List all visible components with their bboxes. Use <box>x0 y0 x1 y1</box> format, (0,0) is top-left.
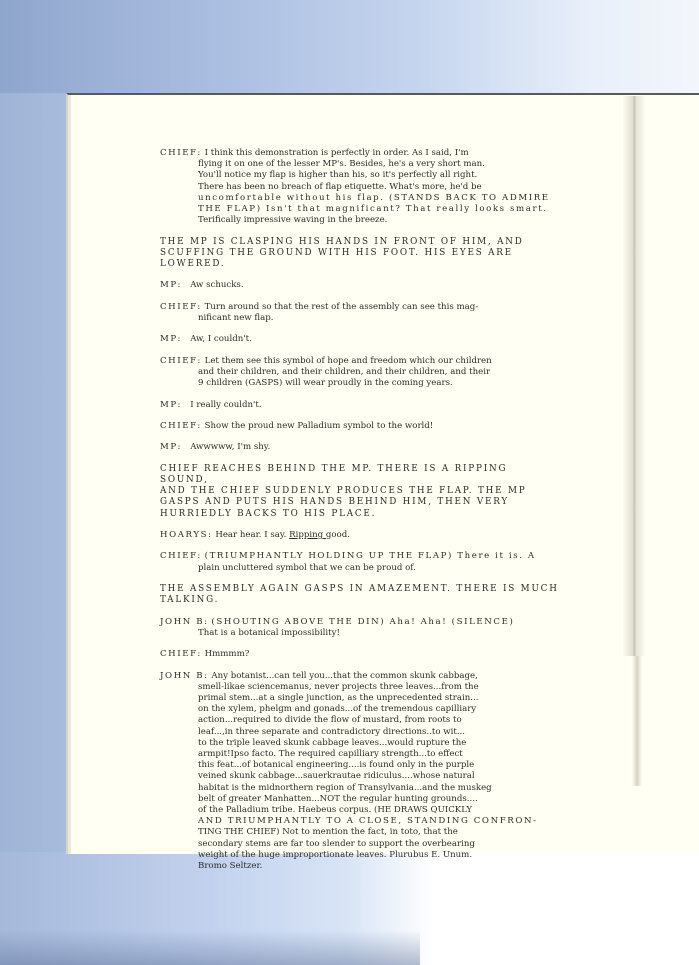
speaker-name: HOARYS: <box>160 530 213 540</box>
dialogue-block: CHIEF: Show the proud new Palladium symb… <box>160 421 560 432</box>
speaker-name: CHIEF: <box>160 551 202 561</box>
dialogue-line: nificant new flap. <box>160 313 560 324</box>
dialogue-line: action...required to divide the flow of … <box>160 715 560 726</box>
stage-direction: THE MP IS CLASPING HIS HANDS IN FRONT OF… <box>160 237 560 271</box>
dialogue-block: MP: Aw schucks. <box>160 280 560 291</box>
dialogue-line: Aw schucks. <box>190 280 243 290</box>
dialogue-line: I really couldn't. <box>190 400 261 410</box>
dialogue-line: (TRIUMPHANTLY HOLDING UP THE FLAP) There… <box>205 551 536 561</box>
dialogue-line: this feat...of botanical engineering....… <box>160 760 560 771</box>
dialogue-block: JOHN B: Any botanist...can tell you...th… <box>160 671 560 873</box>
dialogue-line: Aw, I couldn't. <box>190 334 252 344</box>
speaker-name: CHIEF: <box>160 356 202 366</box>
speaker-name: MP: <box>160 442 182 452</box>
dialogue-line: 9 children (GASPS) will wear proudly in … <box>160 378 560 389</box>
dialogue-line: That is a botanical impossibility! <box>160 628 560 639</box>
dialogue-block: CHIEF: Hmmmm? <box>160 649 560 660</box>
speaker-name: MP: <box>160 334 182 344</box>
stage-line: LOWERED. <box>160 259 560 270</box>
dialogue-line: TING THE CHIEF) Not to mention the fact,… <box>160 827 560 838</box>
page-fold-shadow <box>622 96 646 656</box>
dialogue-block: MP: Aw, I couldn't. <box>160 334 560 345</box>
dialogue-line: AND TRIUMPHANTLY TO A CLOSE, STANDING CO… <box>160 816 560 827</box>
dialogue-line: I think this demonstration is perfectly … <box>205 148 469 158</box>
stage-direction: CHIEF REACHES BEHIND THE MP. THERE IS A … <box>160 464 560 520</box>
dialogue-line: veined skunk cabbage...sauerkrautae ridi… <box>160 771 560 782</box>
speaker-name: CHIEF: <box>160 302 202 312</box>
page-fold-shadow-lower <box>632 656 642 786</box>
stage-line: SCUFFING THE GROUND WITH HIS FOOT. HIS E… <box>160 248 560 259</box>
dialogue-line: habitat is the midnorthern region of Tra… <box>160 783 560 794</box>
dialogue-line: Any botanist...can tell you...that the c… <box>211 671 478 681</box>
dialogue-block: HOARYS: Hear hear. I say. Ripping good. <box>160 530 560 541</box>
stage-line: HURRIEDLY BACKS TO HIS PLACE. <box>160 509 560 520</box>
speaker-name: JOHN B: <box>160 617 209 627</box>
speaker-name: MP: <box>160 280 182 290</box>
stage-line: THE MP IS CLASPING HIS HANDS IN FRONT OF… <box>160 237 560 248</box>
dialogue-line: Show the proud new Palladium symbol to t… <box>205 421 434 431</box>
stage-direction: THE ASSEMBLY AGAIN GASPS IN AMAZEMENT. T… <box>160 584 560 606</box>
speaker-name: CHIEF: <box>160 421 202 431</box>
dialogue-line: You'll notice my flap is higher than his… <box>160 170 560 181</box>
dialogue-block: JOHN B: (SHOUTING ABOVE THE DIN) Aha! Ah… <box>160 617 560 639</box>
dialogue-block: MP: Awwwww, I'm shy. <box>160 442 560 453</box>
dialogue-line: of the Palladium tribe. Haebeus corpus. … <box>160 805 560 816</box>
dialogue-line: primal stem...at a single junction, as t… <box>160 693 560 704</box>
dialogue-line: Bromo Seltzer. <box>160 861 560 872</box>
scan-background-top <box>0 0 699 93</box>
dialogue-line: Turn around so that the rest of the asse… <box>205 302 479 312</box>
dialogue-line: weight of the huge improportionate leave… <box>160 850 560 861</box>
speaker-name: JOHN B: <box>160 671 209 681</box>
dialogue-block: CHIEF: Let them see this symbol of hope … <box>160 356 560 390</box>
speaker-name: CHIEF: <box>160 148 202 158</box>
stage-line: THE ASSEMBLY AGAIN GASPS IN AMAZEMENT. T… <box>160 584 560 595</box>
dialogue-line: secondary stems are far too slender to s… <box>160 839 560 850</box>
dialogue-block: CHIEF: I think this demonstration is per… <box>160 148 560 226</box>
dialogue-line: There has been no breach of flap etiquet… <box>160 182 560 193</box>
dialogue-block: MP: I really couldn't. <box>160 400 560 411</box>
dialogue-line: Hear hear. I say. <box>215 530 289 540</box>
dialogue-line: smell-likae sciencemanus, never projects… <box>160 682 560 693</box>
dialogue-line: to the triple leaved skunk cabbage leave… <box>160 738 560 749</box>
script-text: CHIEF: I think this demonstration is per… <box>160 148 560 882</box>
dialogue-line: plain uncluttered symbol that we can be … <box>160 563 560 574</box>
dialogue-line: armpit!Ipso facto. The required capillia… <box>160 749 560 760</box>
dialogue-block: CHIEF: (TRIUMPHANTLY HOLDING UP THE FLAP… <box>160 551 560 573</box>
dialogue-line: uncomfortable without his flap. (STANDS … <box>160 193 560 204</box>
dialogue-line: Awwwww, I'm shy. <box>190 442 270 452</box>
dialogue-line: leaf...,in three separate and contradict… <box>160 727 560 738</box>
dialogue-line: and their children, and their children, … <box>160 367 560 378</box>
speaker-name: MP: <box>160 400 182 410</box>
scan-shadow <box>0 930 420 965</box>
speaker-name: CHIEF: <box>160 649 202 659</box>
underlined-word: Ripping <box>289 530 326 540</box>
stage-line: CHIEF REACHES BEHIND THE MP. THERE IS A … <box>160 464 560 486</box>
stage-line: TALKING. <box>160 595 560 606</box>
dialogue-line-end: good. <box>326 530 350 540</box>
dialogue-line: Hmmmm? <box>205 649 250 659</box>
dialogue-line: (SHOUTING ABOVE THE DIN) Aha! Aha! (SILE… <box>211 617 514 627</box>
dialogue-line: belt of greater Manhatten...NOT the regu… <box>160 794 560 805</box>
dialogue-line: Let them see this symbol of hope and fre… <box>205 356 492 366</box>
dialogue-line: flying it on one of the lesser MP's. Bes… <box>160 159 560 170</box>
dialogue-line: on the xylem, phelgm and gonads...of the… <box>160 704 560 715</box>
stage-line: GASPS AND PUTS HIS HANDS BEHIND HIM, THE… <box>160 497 560 508</box>
dialogue-line: THE FLAP) Isn't that magnificant? That r… <box>160 204 560 215</box>
dialogue-block: CHIEF: Turn around so that the rest of t… <box>160 302 560 324</box>
dialogue-line: Terifically impressive waving in the bre… <box>160 215 560 226</box>
stage-line: AND THE CHIEF SUDDENLY PRODUCES THE FLAP… <box>160 486 560 497</box>
